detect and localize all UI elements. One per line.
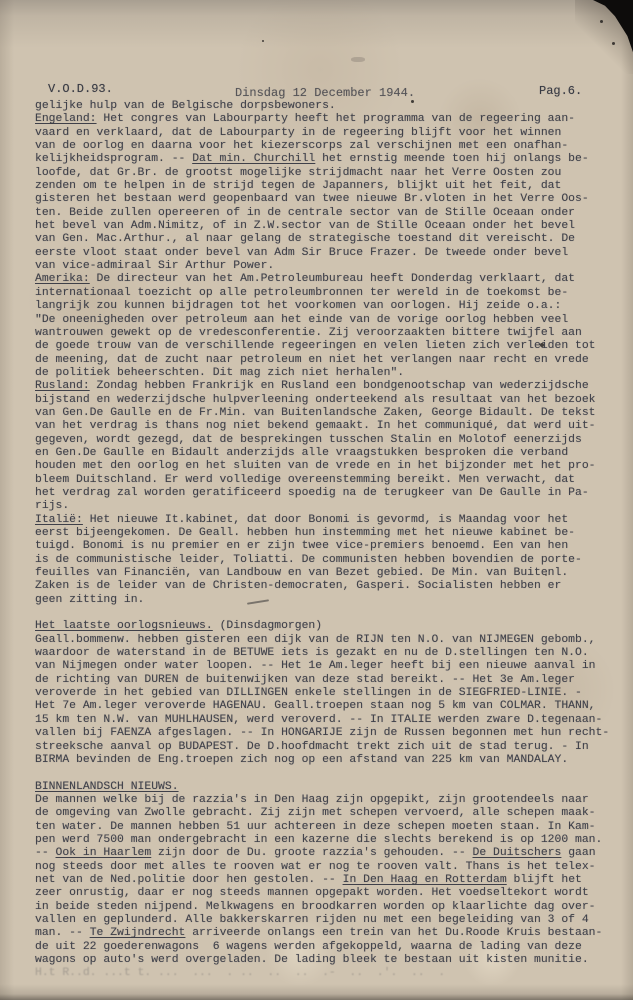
text-line: de goede trouw van de verschillende rege… bbox=[35, 340, 627, 353]
text-line: van de oorlog en daarna voor het kiezers… bbox=[35, 140, 627, 153]
text-line: loofde, dat Gr.Br. de grootst mogelijke … bbox=[35, 167, 627, 180]
text-line: Rusland: Zondag hebben Frankrijk en Rusl… bbox=[35, 380, 627, 393]
text-line: man. -- Te Zwijndrecht arriveerde onlang… bbox=[35, 927, 627, 940]
text-line: kelijkheidsprogram. -- Dat min. Churchil… bbox=[35, 153, 627, 166]
scanned-document-page: V.O.D.93. Dinsdag 12 December 1944. Pag.… bbox=[0, 0, 633, 1000]
text-line: van vice-admiraal Sir Arthur Power. bbox=[35, 260, 627, 273]
issue-number: V.O.D.93. bbox=[48, 82, 113, 96]
text-line: -- Ook in Haarlem zijn door de Du. groot… bbox=[35, 847, 627, 860]
text-line: Het 7e Am.leger veroverde HAGENAU. Geall… bbox=[35, 700, 627, 713]
text-line: de richting van DUREN de buitenwijken va… bbox=[35, 674, 627, 687]
text-line: bleem Duitschland. Er werd volledige ove… bbox=[35, 474, 627, 487]
text-line: H.t R..d. ...t t. ... ... . .. .. .. .- … bbox=[35, 967, 627, 980]
text-line: nog steeds door met alles te rooven wat … bbox=[35, 861, 627, 874]
text-line: is de communistische leider, Toliatti. D… bbox=[35, 554, 627, 567]
text-line: internationaal toezicht op alle petroleu… bbox=[35, 287, 627, 300]
text-line: eerst bijeengekomen. De Geall. hebben hu… bbox=[35, 527, 627, 540]
text-line: langrijk zou kunnen bijdragen tot het vo… bbox=[35, 300, 627, 313]
text-line: de politiek beheerschten. Dit mag zich n… bbox=[35, 367, 627, 380]
text-line: 15 km ten N.W. van MUHLHAUSEN, werd vero… bbox=[35, 714, 627, 727]
text-line: houden met den oorlog en het sluiten van… bbox=[35, 460, 627, 473]
text-line: De mannen welke bij de razzia's in Den H… bbox=[35, 794, 627, 807]
text-line: eerste vloot staat onder bevel van Adm S… bbox=[35, 247, 627, 260]
text-line: vallen bij FAENZA afgeslagen. -- In HONG… bbox=[35, 727, 627, 740]
text-line: bijstand en wederzijdsche hulpverleening… bbox=[35, 394, 627, 407]
text-line: "De oneenigheden over petroleum aan het … bbox=[35, 314, 627, 327]
text-line: pen werd 7500 man ondergebracht in een k… bbox=[35, 834, 627, 847]
text-line: gisteren het bestaan werd geopenbaard va… bbox=[35, 193, 627, 206]
text-line: en Gen.De Gaulle en Bidault anderzijds a… bbox=[35, 447, 627, 460]
text-line: vallen en geplunderd. Alle bakkerskarren… bbox=[35, 914, 627, 927]
text-line: streeksche aanval op BUDAPEST. De D.hoof… bbox=[35, 741, 627, 754]
text-line: BINNENLANDSCH NIEUWS. bbox=[35, 781, 627, 794]
text-line: zenden om te helpen in de strijd tegen d… bbox=[35, 180, 627, 193]
text-line: ten water. De mannen hebben 51 uur achte… bbox=[35, 821, 627, 834]
text-line: Italië: Het nieuwe It.kabinet, dat door … bbox=[35, 514, 627, 527]
text-line: wagons op auto's werd overgeladen. De la… bbox=[35, 954, 627, 967]
date-line: Dinsdag 12 December 1944. bbox=[235, 86, 415, 100]
text-line: van het verdrag is thans nog niet bekend… bbox=[35, 420, 627, 433]
text-line: veroverde in het gebied van DILLINGEN en… bbox=[35, 687, 627, 700]
text-line: de meening, dat de zucht naar petroleum … bbox=[35, 354, 627, 367]
text-line: geen zitting in. bbox=[35, 594, 627, 607]
text-line: de uit 22 goederenwagons 6 wagens werden… bbox=[35, 941, 627, 954]
text-line: waardoor de waterstand in de BETUWE iets… bbox=[35, 647, 627, 660]
text-line: van Gen.De Gaulle en de Fr.Min. van Buit… bbox=[35, 407, 627, 420]
text-line: de omgeving van Zwolle gebracht. Zij zij… bbox=[35, 807, 627, 820]
text-line: BIRMA bevinden de Eng.troepen zich nog o… bbox=[35, 754, 627, 767]
text-line: het bevel van Adm.Nimitz, of in Z.W.sect… bbox=[35, 220, 627, 233]
ink-speck bbox=[600, 20, 603, 23]
text-line: feuilles van Financiën, van Landbouw en … bbox=[35, 567, 627, 580]
text-line: gegeven, wordt gezegd, dat de bespreking… bbox=[35, 434, 627, 447]
text-line: het verdrag zal worden geratificeerd spo… bbox=[35, 487, 627, 500]
text-line: Amerika: De directeur van het Am.Petrole… bbox=[35, 273, 627, 286]
text-line: rijs. bbox=[35, 500, 627, 513]
text-line: Geall.bommenw. hebben gisteren een dijk … bbox=[35, 634, 627, 647]
text-line: van Gen. Mac.Arthur., al naar gelang de … bbox=[35, 233, 627, 246]
text-line: vaard en verklaard, dat de Labourparty i… bbox=[35, 127, 627, 140]
text-line: van Nijmegen onder water loopen. -- Het … bbox=[35, 660, 627, 673]
page-number: Pag.6. bbox=[539, 84, 582, 98]
text-line: tuigd. Bonomi is nu premier en er zijn t… bbox=[35, 540, 627, 553]
text-line: wantrouwen gewekt op de vredesconferenti… bbox=[35, 327, 627, 340]
text-line: net van de Ned.politie door hen gestolen… bbox=[35, 874, 627, 887]
text-line: zeer onrustig, daar er nog steeds mannen… bbox=[35, 887, 627, 900]
text-line: Engeland: Het congres van Labourparty he… bbox=[35, 113, 627, 126]
text-line: gelijke hulp van de Belgische dorpsbewon… bbox=[35, 100, 627, 113]
document-body: gelijke hulp van de Belgische dorpsbewon… bbox=[35, 100, 627, 981]
text-line: ten. Beide zullen opereeren of in de cen… bbox=[35, 207, 627, 220]
paper-smudge bbox=[351, 57, 365, 62]
ink-speck bbox=[612, 42, 615, 45]
text-line: Zaken is de leider van de Christen-democ… bbox=[35, 580, 627, 593]
blank-line bbox=[35, 767, 627, 780]
text-line: in beide steden nijpend. Melkwagens en b… bbox=[35, 901, 627, 914]
text-line: Het laatste oorlogsnieuws. (Dinsdagmorge… bbox=[35, 620, 627, 633]
blank-line bbox=[35, 607, 627, 620]
document-header: V.O.D.93. Dinsdag 12 December 1944. Pag.… bbox=[0, 80, 633, 100]
ink-speck bbox=[262, 40, 264, 42]
